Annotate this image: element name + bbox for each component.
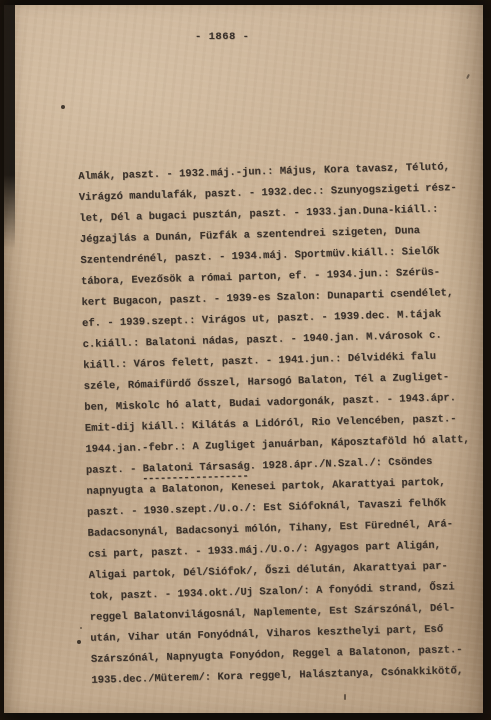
scan-border-bottom [0,713,491,720]
scan-border-top [0,0,491,5]
typed-dash-underline: ------------------ [142,471,262,484]
ink-speck [77,640,81,644]
ink-speck [61,105,65,109]
text-lines: Almák, paszt. - 1932.máj.-jun.: Május, K… [78,156,491,691]
scan-border-right [483,0,491,720]
scan-border-right-wedge [0,0,15,250]
page-number: - 1868 - [195,31,249,43]
ink-speck [344,694,346,700]
document-text-block: Almák, paszt. - 1932.máj.-jun.: Május, K… [78,156,491,691]
ink-speck [80,627,82,629]
